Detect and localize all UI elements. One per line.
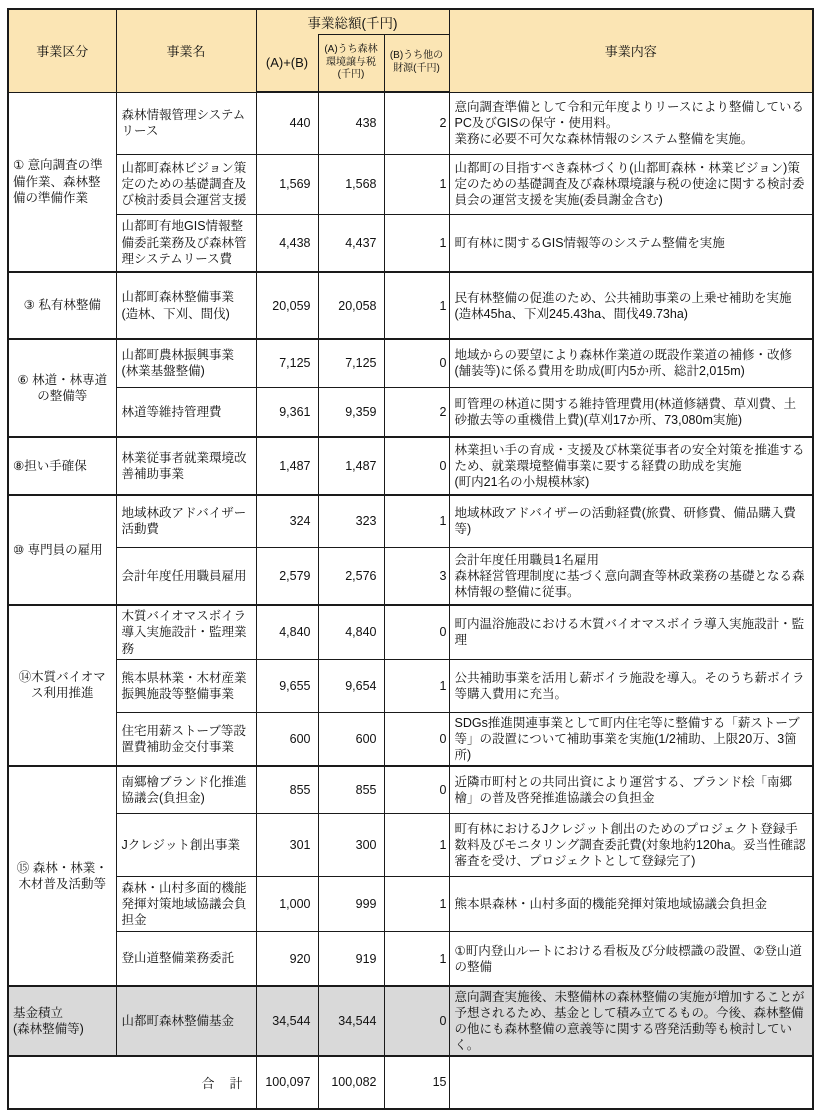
amount-tax-cell: 919 (318, 932, 384, 986)
table-row: 森林・山村多面的機能発揮対策地域協議会負担金 1,000 999 1 熊本県森林… (8, 877, 813, 932)
table-row: ⑩ 専門員の雇用 地域林政アドバイザー活動費 324 323 1 地域林政アドバ… (8, 495, 813, 547)
table-row: 登山道整備業務委託 920 919 1 ①町内登山ルートにおける看板及び分岐標識… (8, 932, 813, 986)
amount-other-cell: 3 (384, 547, 449, 605)
table-row: 山都町森林ビジョン策定のための基礎調査及び検討委員会運営支援 1,569 1,5… (8, 154, 813, 214)
project-name-cell: 熊本県林業・木材産業振興施設等整備事業 (116, 659, 256, 712)
amount-other-cell: 1 (384, 814, 449, 877)
amount-total-cell: 1,569 (256, 154, 318, 214)
content-cell: ①町内登山ルートにおける看板及び分岐標識の設置、②登山道の整備 (449, 932, 813, 986)
amount-total-cell: 301 (256, 814, 318, 877)
total-other-cell: 15 (384, 1056, 449, 1109)
table-row: ③ 私有林整備 山都町森林整備事業(造林、下刈、間伐) 20,059 20,05… (8, 272, 813, 339)
table-row: Jクレジット創出事業 301 300 1 町有林におけるJクレジット創出のための… (8, 814, 813, 877)
amount-tax-cell: 323 (318, 495, 384, 547)
amount-tax-cell: 999 (318, 877, 384, 932)
content-cell: 熊本県森林・山村多面的機能発揮対策地域協議会負担金 (449, 877, 813, 932)
project-name-cell: 地域林政アドバイザー活動費 (116, 495, 256, 547)
amount-total-cell: 4,840 (256, 605, 318, 659)
amount-other-cell: 2 (384, 387, 449, 437)
content-cell: 町有林に関するGIS情報等のシステム整備を実施 (449, 214, 813, 272)
project-name-cell: 山都町農林振興事業(林業基盤整備) (116, 339, 256, 387)
content-cell: 林業担い手の育成・支援及び林業従事者の安全対策を推進するため、就業環境整備事業に… (449, 437, 813, 495)
amount-total-cell: 9,361 (256, 387, 318, 437)
amount-total-cell: 920 (256, 932, 318, 986)
amount-total-cell: 600 (256, 712, 318, 766)
amount-total-cell: 1,487 (256, 437, 318, 495)
table-row: ⑥ 林道・林専道の整備等 山都町農林振興事業(林業基盤整備) 7,125 7,1… (8, 339, 813, 387)
table-row: 山都町有地GIS情報整備委託業務及び森林管理システムリース費 4,438 4,4… (8, 214, 813, 272)
amount-other-cell: 1 (384, 214, 449, 272)
amount-other-cell: 2 (384, 92, 449, 154)
category-cell: ③ 私有林整備 (8, 272, 116, 339)
amount-total-cell: 855 (256, 766, 318, 814)
table-header: 事業区分 事業名 事業総額(千円) 事業内容 (A)+(B) (A)うち森林環境… (8, 9, 813, 92)
content-cell: 民有林整備の促進のため、公共補助事業の上乗せ補助を実施(造林45ha、下刈245… (449, 272, 813, 339)
table-row: ⑮ 森林・林業・木材普及活動等 南郷檜ブランド化推進協議会(負担金) 855 8… (8, 766, 813, 814)
amount-total-cell: 1,000 (256, 877, 318, 932)
project-name-cell: 山都町森林整備事業(造林、下刈、間伐) (116, 272, 256, 339)
category-cell: ⑧担い手確保 (8, 437, 116, 495)
category-cell: ⑥ 林道・林専道の整備等 (8, 339, 116, 437)
total-label-cell: 合 計 (8, 1056, 256, 1109)
fund-row: 基金積立 (森林整備等) 山都町森林整備基金 34,544 34,544 0 意… (8, 986, 813, 1056)
amount-tax-cell: 855 (318, 766, 384, 814)
project-name-cell: 森林情報管理システムリース (116, 92, 256, 154)
amount-other-cell: 1 (384, 154, 449, 214)
content-cell: 山都町の目指すべき森林づくり(山都町森林・林業ビジョン)策定のための基礎調査及び… (449, 154, 813, 214)
content-cell: 町有林におけるJクレジット創出のためのプロジェクト登録手数料及びモニタリング調査… (449, 814, 813, 877)
amount-tax-cell: 300 (318, 814, 384, 877)
amount-tax-cell: 438 (318, 92, 384, 154)
amount-other-cell: 1 (384, 272, 449, 339)
amount-tax-cell: 7,125 (318, 339, 384, 387)
content-cell: 公共補助事業を活用し薪ボイラ施設を導入。そのうち薪ボイラ等購入費用に充当。 (449, 659, 813, 712)
header-row-1: 事業区分 事業名 事業総額(千円) 事業内容 (8, 9, 813, 34)
amount-other-cell: 1 (384, 495, 449, 547)
amount-total-cell: 2,579 (256, 547, 318, 605)
amount-total-cell: 9,655 (256, 659, 318, 712)
header-b-other: (B)うち他の財源(千円) (384, 34, 449, 92)
header-a-tax: (A)うち森林環境譲与税(千円) (318, 34, 384, 92)
table-row: 住宅用薪ストーブ等設置費補助金交付事業 600 600 0 SDGs推進関連事業… (8, 712, 813, 766)
project-name-cell: 住宅用薪ストーブ等設置費補助金交付事業 (116, 712, 256, 766)
amount-other-cell: 0 (384, 712, 449, 766)
amount-tax-cell: 4,437 (318, 214, 384, 272)
amount-tax-cell: 34,544 (318, 986, 384, 1056)
amount-other-cell: 1 (384, 932, 449, 986)
content-cell: 近隣市町村との共同出資により運営する、ブランド桧「南郷檜」の普及啓発推進協議会の… (449, 766, 813, 814)
content-cell: 町内温浴施設における木質バイオマスボイラ導入実施設計・監理 (449, 605, 813, 659)
header-ab: (A)+(B) (256, 34, 318, 92)
document-page: 事業区分 事業名 事業総額(千円) 事業内容 (A)+(B) (A)うち森林環境… (0, 0, 818, 1089)
amount-tax-cell: 20,058 (318, 272, 384, 339)
amount-other-cell: 0 (384, 437, 449, 495)
content-cell: 会計年度任用職員1名雇用 森林経営管理制度に基づく意向調査等林政業務の基礎となる… (449, 547, 813, 605)
category-cell: ⑩ 専門員の雇用 (8, 495, 116, 605)
content-cell: 地域林政アドバイザーの活動経費(旅費、研修費、備品購入費等) (449, 495, 813, 547)
project-name-cell: 林業従事者就業環境改善補助事業 (116, 437, 256, 495)
amount-tax-cell: 4,840 (318, 605, 384, 659)
total-tax-cell: 100,082 (318, 1056, 384, 1109)
project-name-cell: 木質バイオマスボイラ導入実施設計・監理業務 (116, 605, 256, 659)
table-row: 林道等維持管理費 9,361 9,359 2 町管理の林道に関する維持管理費用(… (8, 387, 813, 437)
project-name-cell: Jクレジット創出事業 (116, 814, 256, 877)
category-cell: 基金積立 (森林整備等) (8, 986, 116, 1056)
project-name-cell: 会計年度任用職員雇用 (116, 547, 256, 605)
header-total-group: 事業総額(千円) (256, 9, 449, 34)
amount-other-cell: 0 (384, 605, 449, 659)
header-name: 事業名 (116, 9, 256, 92)
project-name-cell: 山都町森林整備基金 (116, 986, 256, 1056)
amount-total-cell: 7,125 (256, 339, 318, 387)
amount-total-cell: 440 (256, 92, 318, 154)
amount-total-cell: 4,438 (256, 214, 318, 272)
amount-total-cell: 34,544 (256, 986, 318, 1056)
header-content: 事業内容 (449, 9, 813, 92)
content-cell: SDGs推進関連事業として町内住宅等に整備する「薪ストーブ等」の設置について補助… (449, 712, 813, 766)
amount-other-cell: 0 (384, 766, 449, 814)
table-row: ① 意向調査の準備作業、森林整備の準備作業 森林情報管理システムリース 440 … (8, 92, 813, 154)
category-cell: ⑮ 森林・林業・木材普及活動等 (8, 766, 116, 986)
content-cell: 町管理の林道に関する維持管理費用(林道修繕費、草刈費、土砂撤去等の重機借上費)(… (449, 387, 813, 437)
total-amount-cell: 100,097 (256, 1056, 318, 1109)
category-cell: ⑭木質バイオマス利用推進 (8, 605, 116, 766)
amount-other-cell: 1 (384, 877, 449, 932)
table-row: 会計年度任用職員雇用 2,579 2,576 3 会計年度任用職員1名雇用 森林… (8, 547, 813, 605)
header-category: 事業区分 (8, 9, 116, 92)
total-row: 合 計 100,097 100,082 15 (8, 1056, 813, 1109)
amount-tax-cell: 2,576 (318, 547, 384, 605)
content-cell: 意向調査実施後、未整備林の森林整備の実施が増加することが予想されるため、基金とし… (449, 986, 813, 1056)
amount-other-cell: 1 (384, 659, 449, 712)
table-row: ⑧担い手確保 林業従事者就業環境改善補助事業 1,487 1,487 0 林業担… (8, 437, 813, 495)
table-row: 熊本県林業・木材産業振興施設等整備事業 9,655 9,654 1 公共補助事業… (8, 659, 813, 712)
project-name-cell: 林道等維持管理費 (116, 387, 256, 437)
category-cell: ① 意向調査の準備作業、森林整備の準備作業 (8, 92, 116, 272)
amount-total-cell: 20,059 (256, 272, 318, 339)
total-content-cell (449, 1056, 813, 1109)
amount-other-cell: 0 (384, 339, 449, 387)
project-name-cell: 森林・山村多面的機能発揮対策地域協議会負担金 (116, 877, 256, 932)
budget-table: 事業区分 事業名 事業総額(千円) 事業内容 (A)+(B) (A)うち森林環境… (7, 8, 814, 1110)
amount-other-cell: 0 (384, 986, 449, 1056)
amount-tax-cell: 600 (318, 712, 384, 766)
table-row: ⑭木質バイオマス利用推進 木質バイオマスボイラ導入実施設計・監理業務 4,840… (8, 605, 813, 659)
amount-total-cell: 324 (256, 495, 318, 547)
project-name-cell: 山都町有地GIS情報整備委託業務及び森林管理システムリース費 (116, 214, 256, 272)
amount-tax-cell: 1,568 (318, 154, 384, 214)
content-cell: 地域からの要望により森林作業道の既設作業道の補修・改修(舗装等)に係る費用を助成… (449, 339, 813, 387)
content-cell: 意向調査準備として令和元年度よりリースにより整備しているPC及びGISの保守・使… (449, 92, 813, 154)
project-name-cell: 南郷檜ブランド化推進協議会(負担金) (116, 766, 256, 814)
project-name-cell: 山都町森林ビジョン策定のための基礎調査及び検討委員会運営支援 (116, 154, 256, 214)
amount-tax-cell: 9,359 (318, 387, 384, 437)
amount-tax-cell: 1,487 (318, 437, 384, 495)
amount-tax-cell: 9,654 (318, 659, 384, 712)
project-name-cell: 登山道整備業務委託 (116, 932, 256, 986)
